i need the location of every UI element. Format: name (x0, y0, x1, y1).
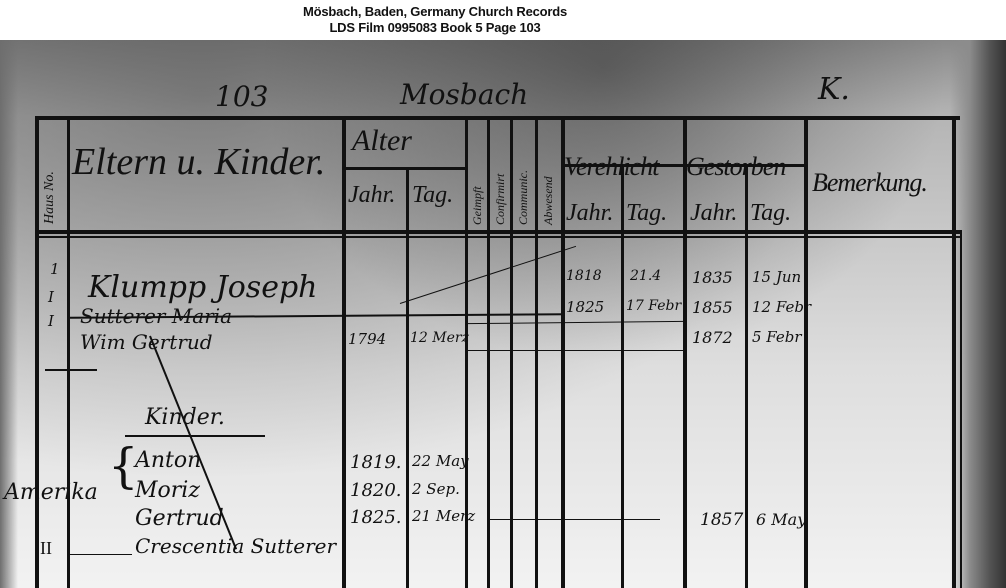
house-marker-1: 1 (50, 260, 60, 278)
header-bottom-border (35, 230, 960, 234)
col-line-14 (960, 230, 962, 588)
col-line-6 (510, 116, 513, 588)
header-died-day: Tag. (750, 200, 791, 227)
child-name-3: Gertrud (135, 506, 224, 531)
mother-married-year: 1825 (566, 298, 604, 316)
col-line-11 (745, 164, 748, 588)
child-birth-year-2: 1820. (350, 480, 402, 501)
film-caption: Mösbach, Baden, Germany Church Records L… (0, 0, 1006, 40)
page-binding-shadow (950, 40, 1006, 588)
mother-married-day: 17 Febr (626, 298, 681, 314)
mother-died-year: 1855 (692, 298, 733, 317)
header-absent: Abwesend (541, 140, 556, 225)
age-subheader-divider (344, 167, 466, 170)
child-died-year-3: 1857 (700, 510, 743, 530)
caption-title: Mösbach, Baden, Germany Church Records (0, 4, 870, 19)
children-brace: { (108, 438, 139, 494)
child-name-2: Moriz (135, 478, 200, 503)
father-married-day: 21.4 (630, 268, 661, 284)
col-line-7 (535, 116, 538, 588)
header-died-year: Jahr. (690, 200, 737, 227)
col-line-2 (342, 116, 346, 588)
header-remarks: Bemerkung. (812, 168, 927, 198)
header-bottom-border-inner (35, 236, 960, 238)
second-marriage-marker: II (40, 538, 52, 559)
col-line-1 (67, 116, 70, 588)
third-parent-name: Wim Gertrud (80, 330, 213, 354)
header-confirmed: Confirmirt (493, 140, 508, 225)
col-line-10 (683, 116, 687, 588)
col-line-5 (487, 116, 490, 588)
header-age-day: Tag. (412, 182, 453, 209)
father-died-day: 15 Jun (752, 268, 801, 286)
header-married: Verehlicht (564, 152, 658, 182)
house-marker-3: I (48, 312, 54, 330)
ruled-line-2 (465, 321, 685, 324)
side-note: Amerika (4, 480, 98, 505)
col-line-9 (621, 164, 624, 588)
father-died-year: 1835 (692, 268, 733, 287)
header-age: Alter (352, 124, 412, 158)
second-marker-line (70, 554, 132, 555)
child-died-day-3: 6 May (756, 510, 806, 529)
header-parents-children: Eltern u. Kinder. (72, 140, 325, 184)
third-birth-day: 12 Merz (410, 330, 469, 346)
table-top-border (35, 116, 960, 120)
ruled-line-4 (490, 519, 660, 520)
ruled-line-3 (465, 350, 685, 351)
father-name: Klumpp Joseph (88, 270, 317, 305)
child-birth-day-3: 21 Merz (412, 507, 475, 525)
header-baptized: Geimpft (470, 140, 485, 225)
header-communion: Communic. (516, 140, 531, 225)
col-line-0 (35, 116, 39, 588)
child-birth-year-3: 1825. (350, 507, 402, 528)
third-birth-year: 1794 (348, 330, 386, 348)
mother-died-day: 12 Febr (752, 298, 811, 316)
scanned-register-page: 103 Mosbach K. Haus No. Eltern u. Kinder… (0, 40, 1006, 588)
header-died: Gestorben (686, 152, 785, 182)
col-line-8 (561, 116, 565, 588)
third-died-year: 1872 (692, 328, 733, 347)
col-line-3 (406, 167, 409, 588)
header-house-no: Haus No. (42, 124, 58, 224)
caption-film-reference: LDS Film 0995083 Book 5 Page 103 (0, 20, 870, 35)
house-marker-2: I (48, 288, 54, 306)
child-name-1: Anton (135, 448, 201, 473)
page-number: 103 (215, 80, 268, 113)
marker-underline (45, 369, 97, 371)
page-left-shadow (0, 40, 18, 588)
header-married-year: Jahr. (566, 200, 613, 227)
index-letter: K. (818, 72, 850, 107)
child-birth-day-2: 2 Sep. (412, 480, 460, 498)
header-age-year: Jahr. (348, 182, 395, 209)
col-line-13 (952, 116, 956, 588)
place-name: Mosbach (400, 78, 528, 111)
children-heading-underline (125, 435, 265, 437)
child-birth-day-1: 22 May (412, 452, 469, 470)
header-married-day: Tag. (626, 200, 667, 227)
father-married-year: 1818 (566, 268, 602, 284)
third-died-day: 5 Febr (752, 328, 802, 346)
child-birth-year-1: 1819. (350, 452, 402, 473)
